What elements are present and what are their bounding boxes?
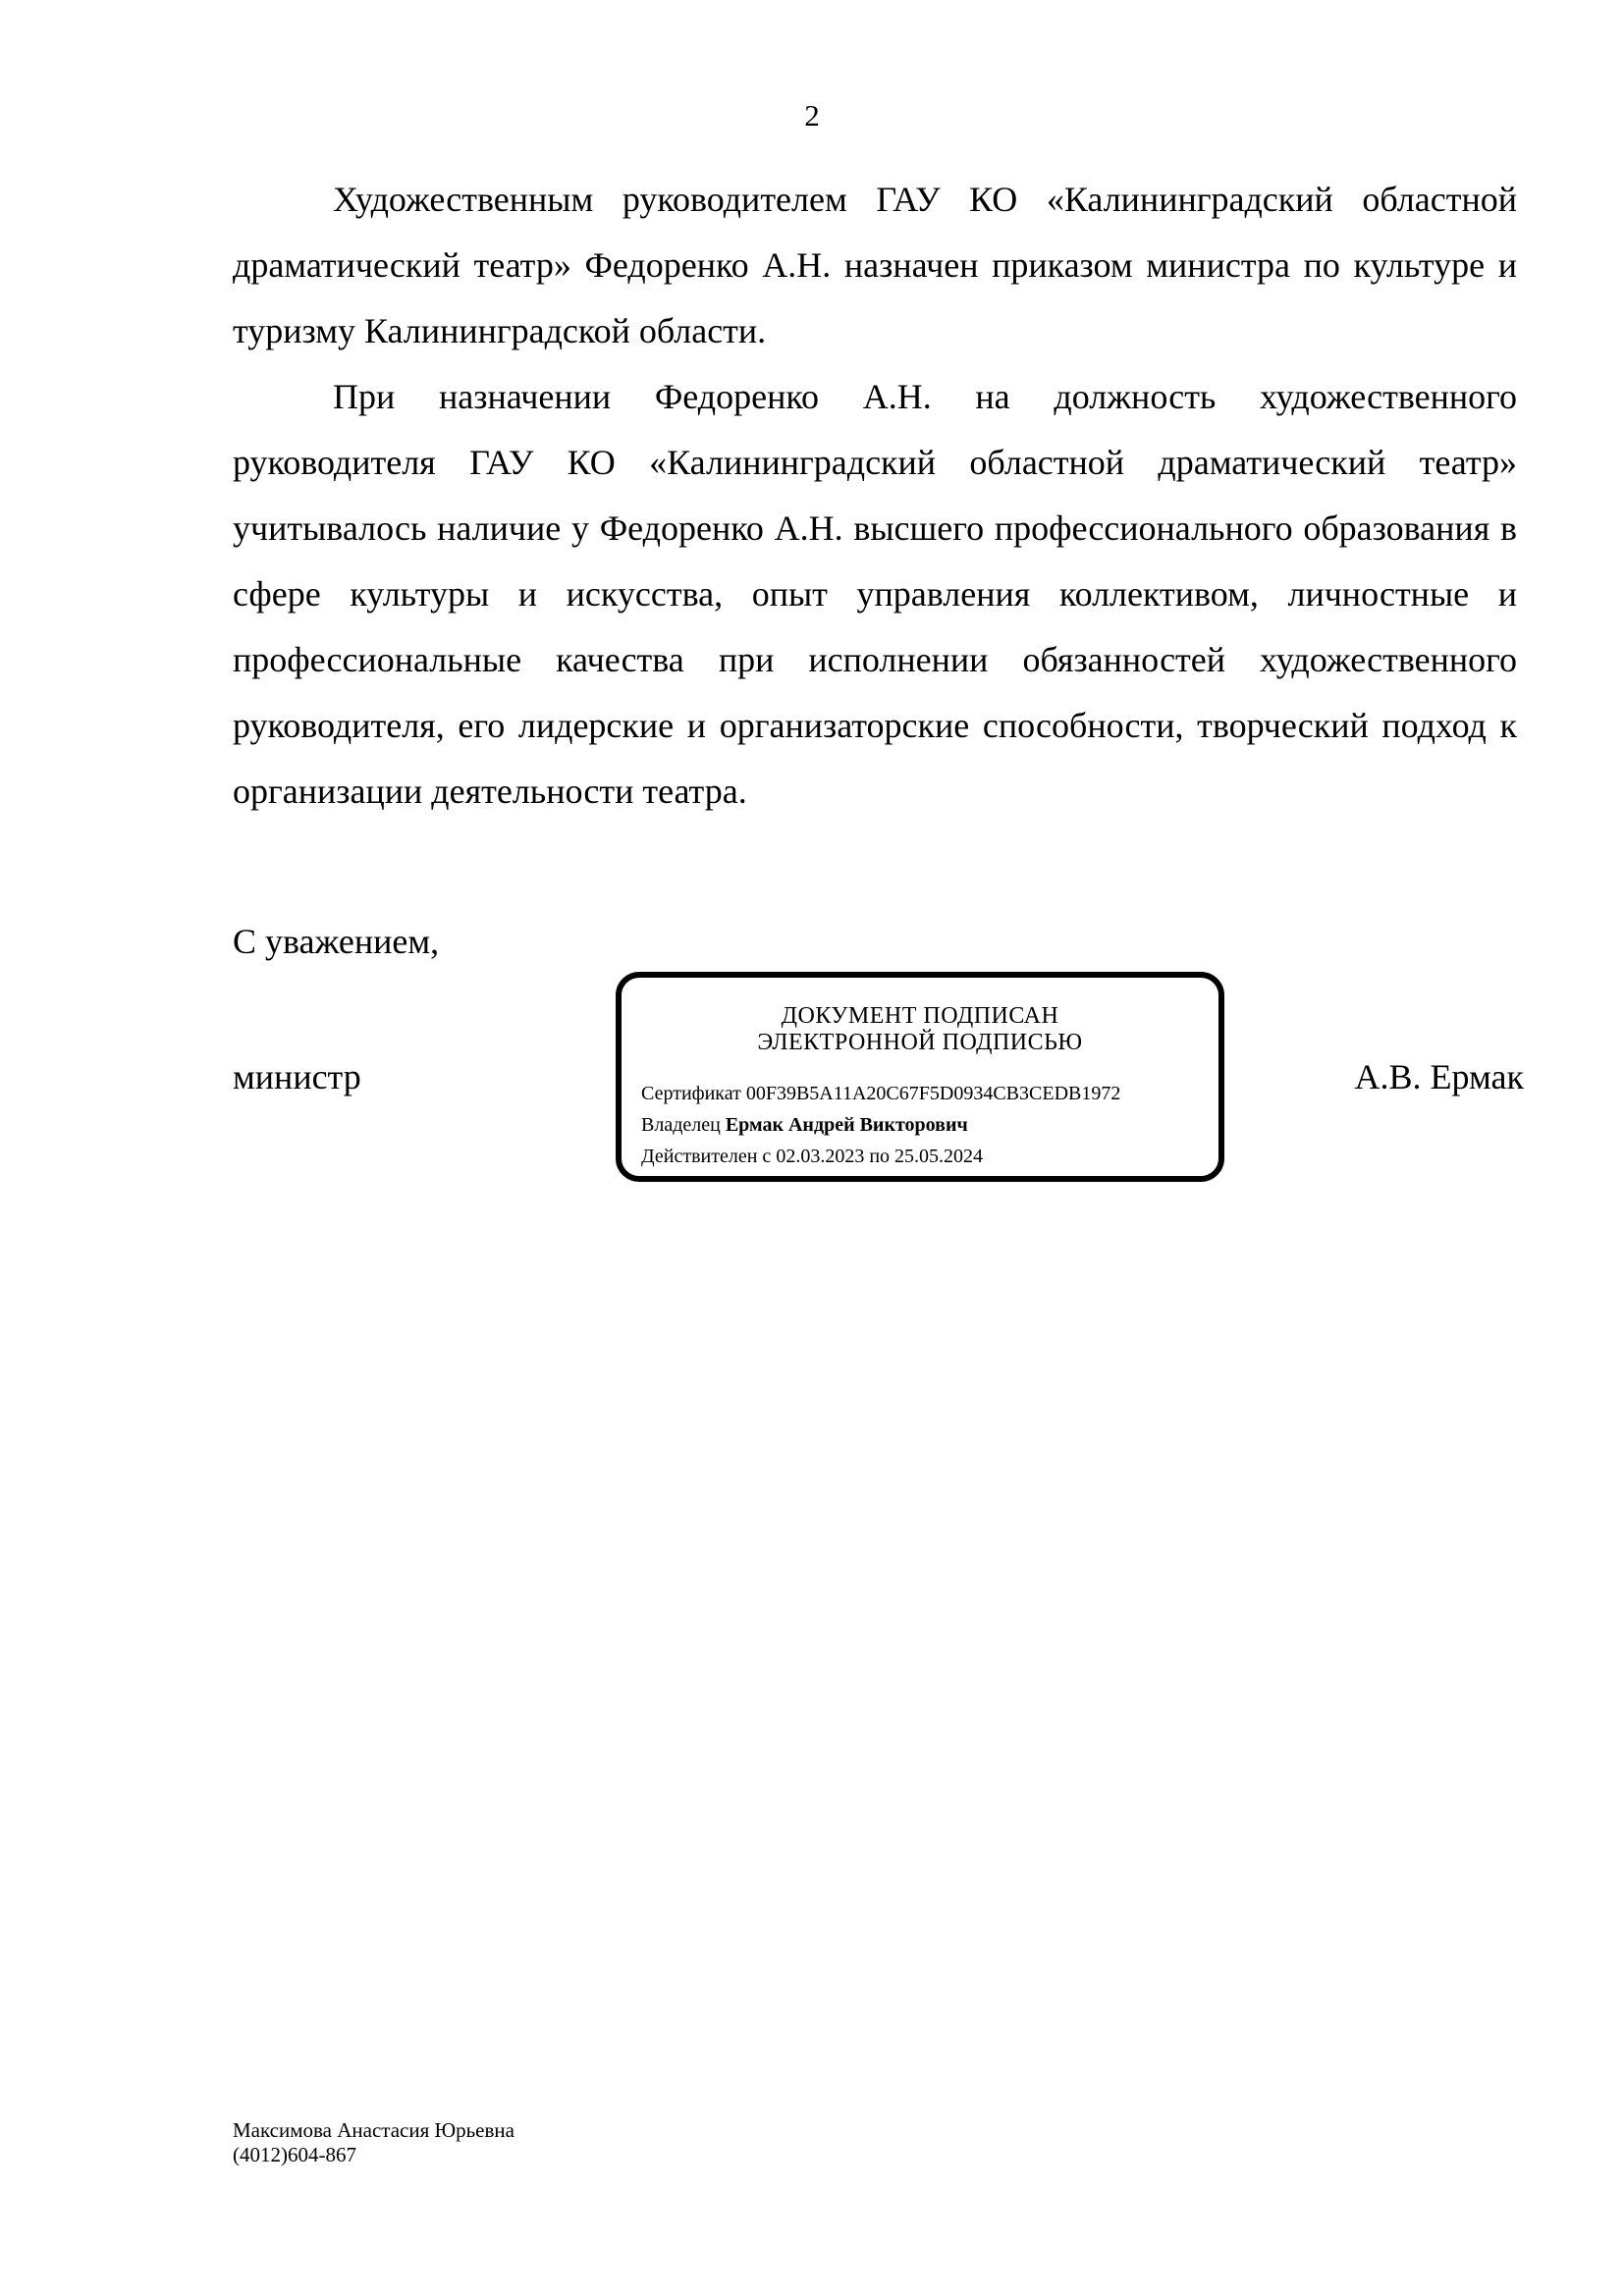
electronic-signature-stamp: ДОКУМЕНТ ПОДПИСАН ЭЛЕКТРОННОЙ ПОДПИСЬЮ С… bbox=[616, 972, 1224, 1182]
closing-salutation: С уважением, bbox=[233, 921, 439, 962]
signer-position: министр bbox=[233, 1056, 361, 1097]
contact-phone: (4012)604-867 bbox=[233, 2143, 514, 2167]
signer-name: А.В. Ермак bbox=[1355, 1056, 1524, 1097]
valid-from-label: с bbox=[762, 1146, 771, 1167]
stamp-title: ДОКУМЕНТ ПОДПИСАН ЭЛЕКТРОННОЙ ПОДПИСЬЮ bbox=[622, 1003, 1218, 1056]
valid-to: 25.05.2024 bbox=[894, 1146, 983, 1167]
owner-value: Ермак Андрей Викторович bbox=[726, 1114, 968, 1136]
stamp-title-line-2: ЭЛЕКТРОННОЙ ПОДПИСЬЮ bbox=[622, 1030, 1218, 1056]
letter-body: Художественным руководителем ГАУ КО «Кал… bbox=[233, 167, 1517, 825]
executor-contact: Максимова Анастасия Юрьевна (4012)604-86… bbox=[233, 2118, 514, 2167]
stamp-validity: Действителен с 02.03.2023 по 25.05.2024 bbox=[641, 1141, 1218, 1172]
paragraph-qualifications: При назначении Федоренко А.Н. на должнос… bbox=[233, 364, 1517, 825]
page-number: 2 bbox=[0, 98, 1624, 133]
stamp-details: Сертификат 00F39B5A11A20C67F5D0934CB3CED… bbox=[641, 1078, 1218, 1172]
paragraph-appointment: Художественным руководителем ГАУ КО «Кал… bbox=[233, 167, 1517, 364]
certificate-label: Сертификат bbox=[641, 1083, 741, 1104]
owner-label: Владелец bbox=[641, 1114, 721, 1136]
contact-name: Максимова Анастасия Юрьевна bbox=[233, 2118, 514, 2143]
valid-from: 02.03.2023 bbox=[776, 1146, 864, 1167]
certificate-value: 00F39B5A11A20C67F5D0934CB3CEDB1972 bbox=[746, 1083, 1121, 1104]
valid-to-label: по bbox=[869, 1146, 890, 1167]
valid-label: Действителен bbox=[641, 1146, 757, 1167]
stamp-owner: Владелец Ермак Андрей Викторович bbox=[641, 1109, 1218, 1141]
stamp-title-line-1: ДОКУМЕНТ ПОДПИСАН bbox=[622, 1003, 1218, 1030]
stamp-certificate: Сертификат 00F39B5A11A20C67F5D0934CB3CED… bbox=[641, 1078, 1218, 1109]
